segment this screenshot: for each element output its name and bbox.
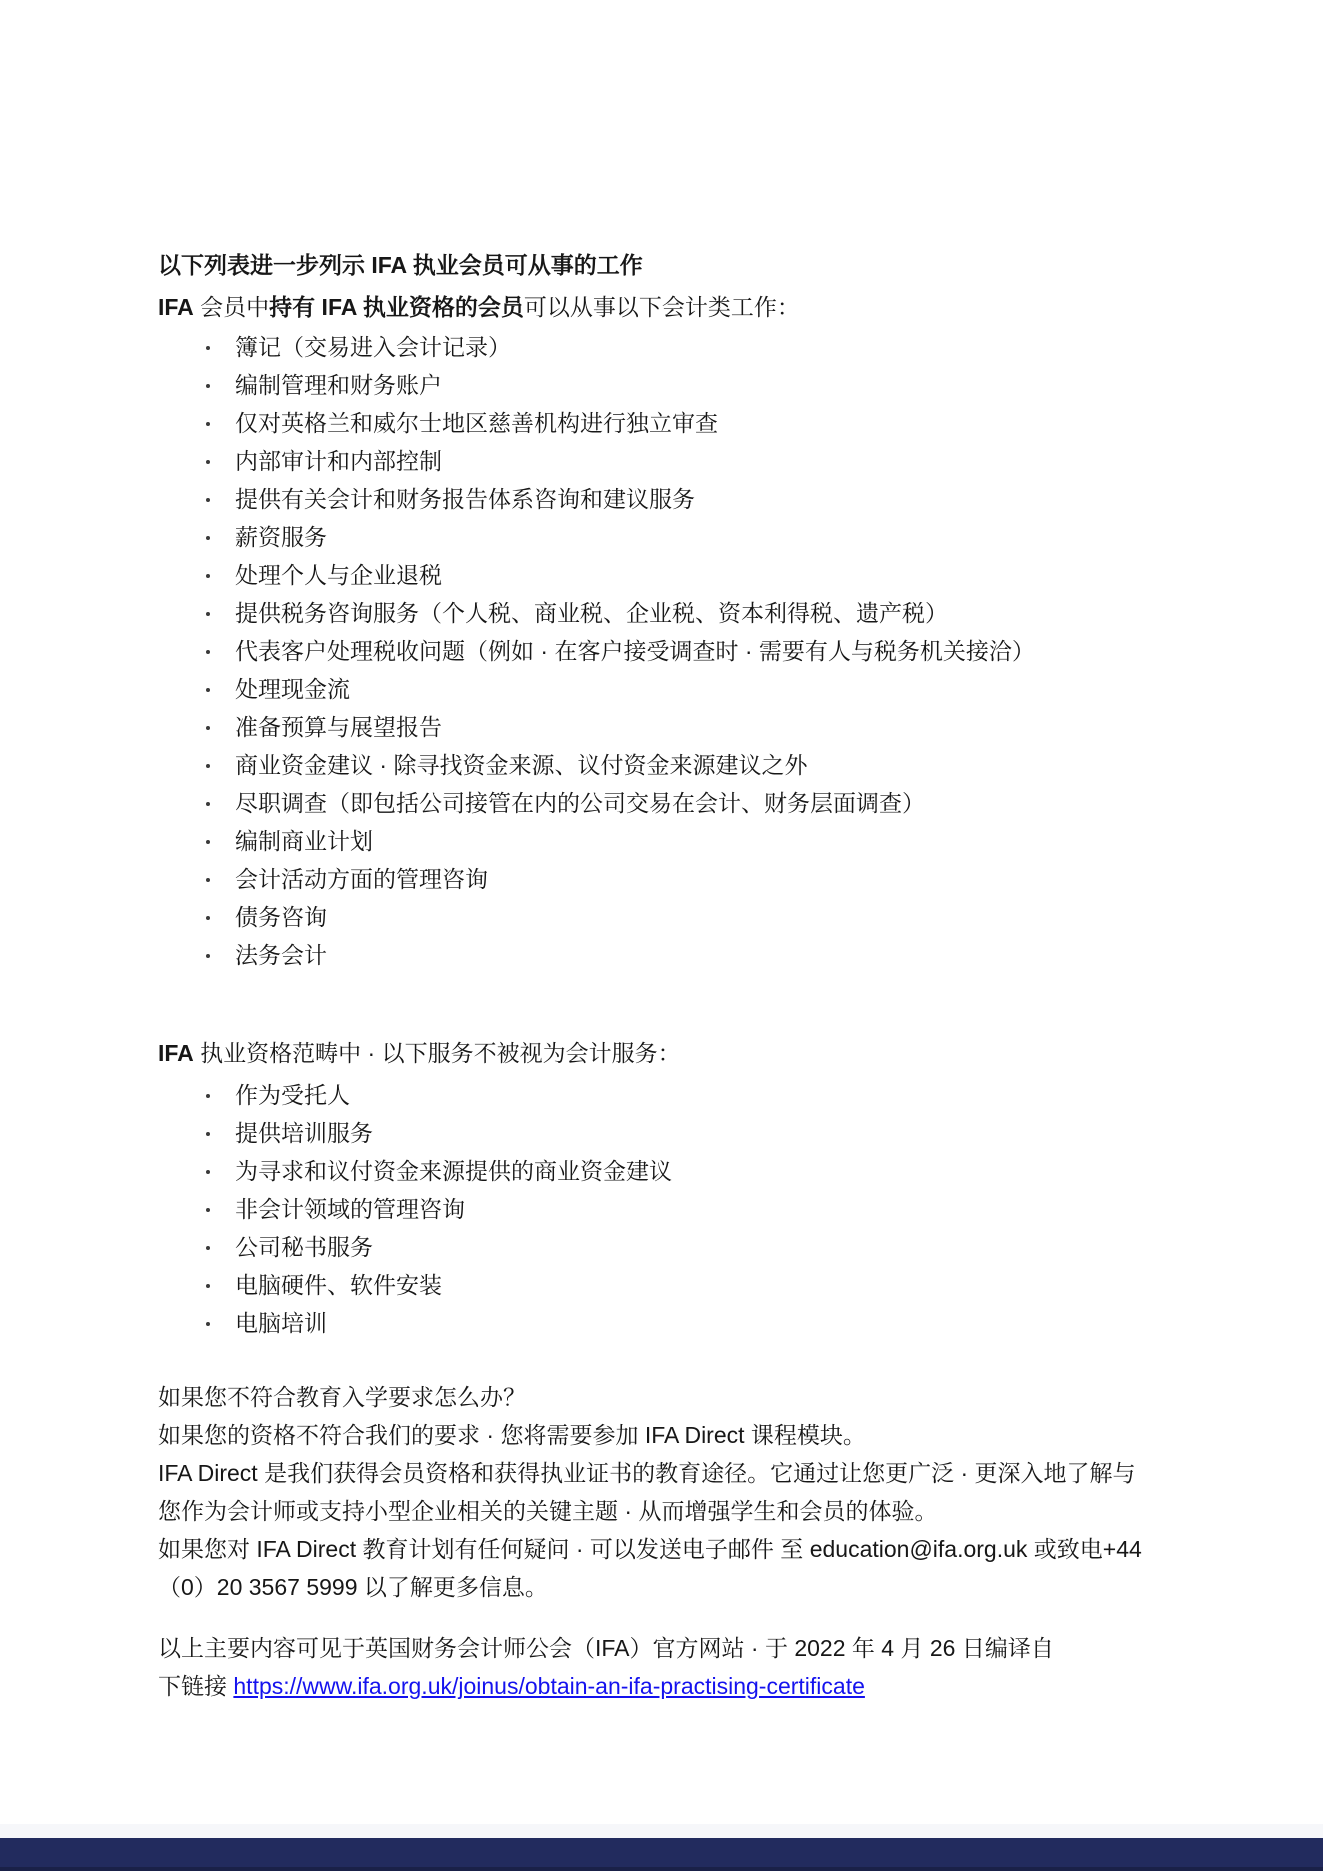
list-item: 准备预算与展望报告	[158, 708, 1248, 746]
list-item-label: 提供有关会计和财务报告体系咨询和建议服务	[235, 486, 695, 512]
non-accounting-heading: IFA 执业资格范畴中 · 以下服务不被视为会计服务：	[158, 1034, 1248, 1072]
list-item: 处理个人与企业退税	[158, 556, 1248, 594]
intro-line: IFA 会员中持有 IFA 执业资格的会员可以从事以下会计类工作：	[158, 288, 1248, 326]
paragraph-line: IFA Direct 是我们获得会员资格和获得执业证书的教育途径。它通过让您更广…	[158, 1454, 1248, 1492]
bullet-dot-icon	[206, 346, 210, 350]
list-item-label: 提供税务咨询服务（个人税、商业税、企业税、资本利得税、遗产税）	[235, 600, 948, 626]
bullet-dot-icon	[206, 878, 210, 882]
intro-segment-bold: 持有 IFA 执业资格的会员	[269, 294, 524, 320]
list-item: 电脑硬件、软件安装	[158, 1266, 1248, 1304]
bullet-dot-icon	[206, 574, 210, 578]
list-item-label: 处理现金流	[235, 676, 350, 702]
list-item: 提供培训服务	[158, 1114, 1248, 1152]
paragraph-line: 如果您的资格不符合我们的要求 · 您将需要参加 IFA Direct 课程模块。	[158, 1416, 1248, 1454]
page-title: 以下列表进一步列示 IFA 执业会员可从事的工作	[158, 246, 1248, 284]
list-item-label: 编制商业计划	[235, 828, 373, 854]
list-item-label: 编制管理和财务账户	[235, 372, 442, 398]
link-prefix: 下链接	[158, 1673, 233, 1699]
footer-bar	[0, 1838, 1323, 1871]
list-item: 债务咨询	[158, 898, 1248, 936]
bullet-dot-icon	[206, 536, 210, 540]
list-item-label: 电脑培训	[235, 1310, 327, 1336]
list-item-label: 提供培训服务	[235, 1120, 373, 1146]
list-item: 提供税务咨询服务（个人税、商业税、企业税、资本利得税、遗产税）	[158, 594, 1248, 632]
bullet-dot-icon	[206, 840, 210, 844]
link-line: 下链接 https://www.ifa.org.uk/joinus/obtain…	[158, 1667, 1248, 1705]
bullet-dot-icon	[206, 422, 210, 426]
list-item-label: 尽职调查（即包括公司接管在内的公司交易在会计、财务层面调查）	[235, 790, 925, 816]
bullet-dot-icon	[206, 916, 210, 920]
list-item: 尽职调查（即包括公司接管在内的公司交易在会计、财务层面调查）	[158, 784, 1248, 822]
list-item-label: 公司秘书服务	[235, 1234, 373, 1260]
bullet-dot-icon	[206, 688, 210, 692]
paragraph-line: 如果您对 IFA Direct 教育计划有任何疑问 · 可以发送电子邮件 至 e…	[158, 1530, 1248, 1568]
list-item: 法务会计	[158, 936, 1248, 974]
list-item-label: 内部审计和内部控制	[235, 448, 442, 474]
list-item: 编制商业计划	[158, 822, 1248, 860]
paragraph-line: 如果您不符合教育入学要求怎么办？	[158, 1378, 1248, 1416]
list-item: 仅对英格兰和威尔士地区慈善机构进行独立审查	[158, 404, 1248, 442]
bullet-dot-icon	[206, 1094, 210, 1098]
list-item-label: 作为受托人	[235, 1082, 350, 1108]
bullet-dot-icon	[206, 1284, 210, 1288]
list-item: 电脑培训	[158, 1304, 1248, 1342]
list-item: 簿记（交易进入会计记录）	[158, 328, 1248, 366]
list-item-label: 会计活动方面的管理咨询	[235, 866, 488, 892]
list-item-label: 商业资金建议 · 除寻找资金来源、议付资金来源建议之外	[235, 752, 807, 778]
bullet-dot-icon	[206, 726, 210, 730]
list-item-label: 簿记（交易进入会计记录）	[235, 334, 511, 360]
list-item: 作为受托人	[158, 1076, 1248, 1114]
closing-block: 以上主要内容可见于英国财务会计师公会（IFA）官方网站 · 于 2022 年 4…	[158, 1629, 1248, 1705]
bullet-dot-icon	[206, 1170, 210, 1174]
source-note-line: 以上主要内容可见于英国财务会计师公会（IFA）官方网站 · 于 2022 年 4…	[158, 1629, 1248, 1667]
list-item-label: 代表客户处理税收问题（例如 · 在客户接受调查时 · 需要有人与税务机关接洽）	[235, 638, 1035, 664]
accounting-work-list: 簿记（交易进入会计记录） 编制管理和财务账户 仅对英格兰和威尔士地区慈善机构进行…	[158, 328, 1248, 974]
document-content: 以下列表进一步列示 IFA 执业会员可从事的工作 IFA 会员中持有 IFA 执…	[158, 0, 1248, 1705]
list-item-label: 非会计领域的管理咨询	[235, 1196, 465, 1222]
bullet-dot-icon	[206, 802, 210, 806]
bullet-dot-icon	[206, 498, 210, 502]
bullet-dot-icon	[206, 1208, 210, 1212]
list-item-label: 薪资服务	[235, 524, 327, 550]
list-item: 薪资服务	[158, 518, 1248, 556]
list-item: 编制管理和财务账户	[158, 366, 1248, 404]
intro-segment: 会员中	[194, 294, 269, 320]
page-edge-strip	[0, 1824, 1323, 1838]
bullet-dot-icon	[206, 1322, 210, 1326]
bullet-dot-icon	[206, 650, 210, 654]
bullet-dot-icon	[206, 764, 210, 768]
list-item: 内部审计和内部控制	[158, 442, 1248, 480]
list-item: 会计活动方面的管理咨询	[158, 860, 1248, 898]
practising-certificate-link[interactable]: https://www.ifa.org.uk/joinus/obtain-an-…	[233, 1673, 865, 1699]
list-item: 非会计领域的管理咨询	[158, 1190, 1248, 1228]
bullet-dot-icon	[206, 612, 210, 616]
list-item: 商业资金建议 · 除寻找资金来源、议付资金来源建议之外	[158, 746, 1248, 784]
list-item-label: 为寻求和议付资金来源提供的商业资金建议	[235, 1158, 672, 1184]
list-item-label: 电脑硬件、软件安装	[235, 1272, 442, 1298]
list-item-label: 仅对英格兰和威尔士地区慈善机构进行独立审查	[235, 410, 718, 436]
list-item: 公司秘书服务	[158, 1228, 1248, 1266]
bullet-dot-icon	[206, 460, 210, 464]
ifa-direct-paragraph: 如果您不符合教育入学要求怎么办？如果您的资格不符合我们的要求 · 您将需要参加 …	[158, 1378, 1248, 1606]
bullet-dot-icon	[206, 384, 210, 388]
intro-segment: 可以从事以下会计类工作：	[524, 294, 800, 320]
section-segment-bold: IFA	[158, 1040, 194, 1066]
list-item-label: 债务咨询	[235, 904, 327, 930]
document-page: { "page": { "colors": { "background": "#…	[0, 0, 1323, 1871]
list-item-label: 法务会计	[235, 942, 327, 968]
list-item: 处理现金流	[158, 670, 1248, 708]
list-item-label: 准备预算与展望报告	[235, 714, 442, 740]
section-segment: 执业资格范畴中 · 以下服务不被视为会计服务：	[194, 1040, 681, 1066]
list-item: 代表客户处理税收问题（例如 · 在客户接受调查时 · 需要有人与税务机关接洽）	[158, 632, 1248, 670]
non-accounting-service-list: 作为受托人 提供培训服务 为寻求和议付资金来源提供的商业资金建议 非会计领域的管…	[158, 1076, 1248, 1342]
bullet-dot-icon	[206, 1246, 210, 1250]
paragraph-line: （0）20 3567 5999 以了解更多信息。	[158, 1568, 1248, 1606]
bullet-dot-icon	[206, 954, 210, 958]
paragraph-line: 您作为会计师或支持小型企业相关的关键主题 · 从而增强学生和会员的体验。	[158, 1492, 1248, 1530]
list-item-label: 处理个人与企业退税	[235, 562, 442, 588]
list-item: 为寻求和议付资金来源提供的商业资金建议	[158, 1152, 1248, 1190]
list-item: 提供有关会计和财务报告体系咨询和建议服务	[158, 480, 1248, 518]
intro-segment-bold: IFA	[158, 294, 194, 320]
bullet-dot-icon	[206, 1132, 210, 1136]
